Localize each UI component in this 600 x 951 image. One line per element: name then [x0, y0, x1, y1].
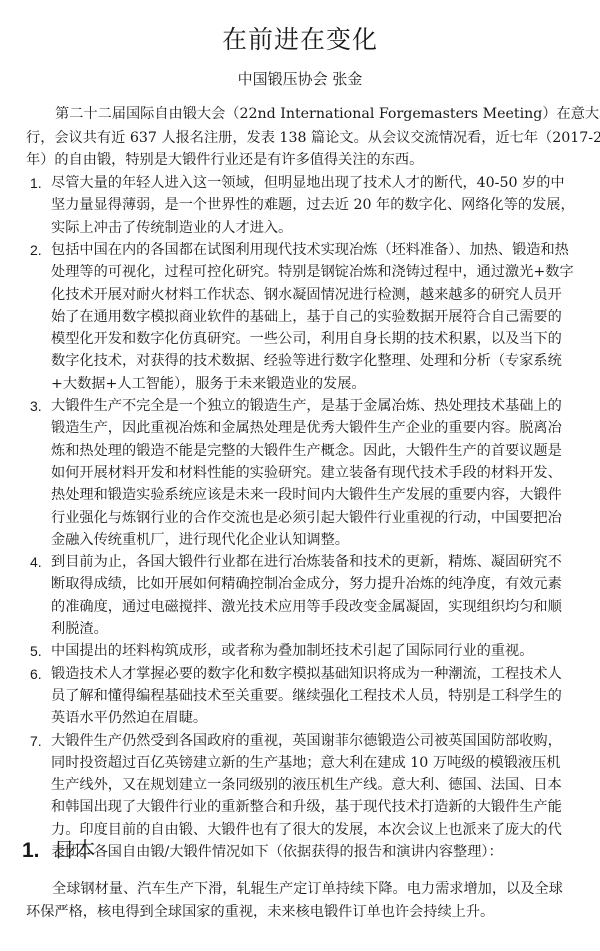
- list-item-line: 利脱渣。: [51, 619, 108, 639]
- list-item-line: +大数据+人工智能），服务于未来锻造业的发展。: [51, 374, 366, 394]
- list-item-line: 始了在通用数字模拟商业软件的基础上，基于自己的实验数据开展符合自己需要的: [51, 307, 562, 327]
- list-item-line: 尽管大量的年轻人进入这一领域，但明显地出现了技术人才的断代，40-50 岁的中: [51, 173, 565, 193]
- section-heading-japan: 1.日本: [22, 836, 96, 865]
- list-item-line: 锻造技术人才掌握必要的数字化和数字模拟基础知识将成为一种潮流，工程技术人: [51, 664, 562, 684]
- list-item-line: 中国提出的坯料构筑成形，或者称为叠加制坯技术引起了国际同行业的重视。: [51, 641, 533, 661]
- list-item-line: 同时投资超过百亿英镑建立新的生产基地；意大利在建成 10 万吨级的模锻液压机: [51, 753, 560, 773]
- list-item-line: 表团。各国自由锻/大锻件情况如下（依据获得的报告和演讲内容整理）：: [51, 842, 503, 862]
- list-item-line: 热处理和锻造实验系统应该是未来一段时间内大锻件生产发展的重要内容，大锻件: [51, 485, 562, 505]
- list-item-number: 5.: [30, 641, 42, 661]
- list-item-number: 1.: [30, 173, 42, 193]
- list-item-number: 2.: [30, 240, 42, 260]
- list-item-line: 锻造生产，因此重视冶炼和金属热处理是优秀大锻件生产企业的重要内容。脱离冶: [51, 418, 562, 438]
- list-item-line: 数字化技术，对获得的技术数据、经验等进行数字化整理、处理和分析（专家系统: [51, 351, 562, 371]
- list-item-line: 如何开展材料开发和材料性能的实验研究。建立装备有现代技术手段的材料开发、: [51, 463, 562, 483]
- intro-line: 第二十二届国际自由锻大会（22nd International Forgemas…: [55, 104, 600, 124]
- list-item-number: 7.: [30, 731, 42, 751]
- list-item-line: 金融入传统重机厂，进行现代化企业认知调整。: [51, 530, 349, 550]
- list-item-number: 3.: [30, 396, 42, 416]
- list-item-line: 处理等的可视化，过程可控化研究。特别是钢锭冶炼和浇铸过程中，通过激光+数字: [51, 262, 574, 282]
- list-item-line: 英语水平仍然迫在眉睫。: [51, 708, 207, 728]
- intro-line: 年）的自由锻，特别是大锻件行业还是有许多值得关注的东西。: [26, 150, 423, 170]
- list-item-line: 行业强化与炼钢行业的合作交流也是必须引起大锻件行业重视的行动，中国要把冶: [51, 508, 562, 528]
- list-item-line: 坚力量显得薄弱，是一个世界性的难题，过去近 20 年的数字化、网络化等的发展，: [51, 195, 575, 215]
- list-item-line: 大锻件生产仍然受到各国政府的重视，英国谢菲尔德锻造公司被英国国防部收购，: [51, 731, 562, 751]
- list-item-number: 6.: [30, 664, 42, 684]
- list-item-line: 大锻件生产不完全是一个独立的锻造生产，是基于金属冶炼、热处理技术基础上的: [51, 396, 562, 416]
- list-item-line: 炼和热处理的锻造不能是完整的大锻件生产概念。因此，大锻件生产的首要议题是: [51, 441, 562, 461]
- section-number: 1.: [22, 839, 40, 862]
- list-item-line: 断取得成绩，比如开展如何精确控制冶金成分，努力提升冶炼的纯净度，有效元素: [51, 574, 562, 594]
- section-paragraph-line: 全球钢材量、汽车生产下滑，轧辊生产定订单持续下降。电力需求增加，以及全球: [52, 879, 563, 899]
- page-title: 在前进在变化: [0, 20, 600, 56]
- list-item-line: 和韩国出现了大锻件行业的重新整合和升级，基于现代技术打造新的大锻件生产能: [51, 797, 562, 817]
- intro-line: 行，会议共有近 637 人报名注册，发表 138 篇论文。从会议交流情况看，近七…: [26, 128, 600, 148]
- list-item-number: 4.: [30, 552, 42, 572]
- list-item-line: 包括中国在内的各国都在试图利用现代技术实现冶炼（坯料准备）、加热、锻造和热: [51, 240, 569, 260]
- list-item-line: 员了解和懂得编程基础技术至关重要。继续强化工程技术人员，特别是工科学生的: [51, 686, 562, 706]
- list-item-line: 到目前为止，各国大锻件行业都在进行冶炼装备和技术的更新，精炼、凝固研究不: [51, 552, 562, 572]
- list-item-line: 生产线外，又在规划建立一条同级别的液压机生产线。意大利、德国、法国、日本: [51, 775, 562, 795]
- author-line: 中国锻压协会 张金: [0, 68, 600, 89]
- list-item-line: 化技术开展对耐火材料工作状态、钢水凝固情况进行检测，越来越多的研究人员开: [51, 285, 562, 305]
- section-paragraph-line: 环保严格，核电得到全球国家的重视，未来核电锻件订单也许会持续上升。: [26, 902, 494, 922]
- list-item-line: 的准确度，通过电磁搅拌、激光技术应用等手段改变金属凝固，实现组织均匀和顺: [51, 597, 562, 617]
- list-item-line: 模型化开发和数字化仿真研究。一些公司，利用自身长期的技术积累，以及当下的: [51, 329, 562, 349]
- list-item-line: 力。印度目前的自由锻、大锻件也有了很大的发展，本次会议上也派来了庞大的代: [51, 820, 562, 840]
- section-title: 日本: [54, 838, 96, 862]
- list-item-line: 实际上冲击了传统制造业的人才进入。: [51, 218, 292, 238]
